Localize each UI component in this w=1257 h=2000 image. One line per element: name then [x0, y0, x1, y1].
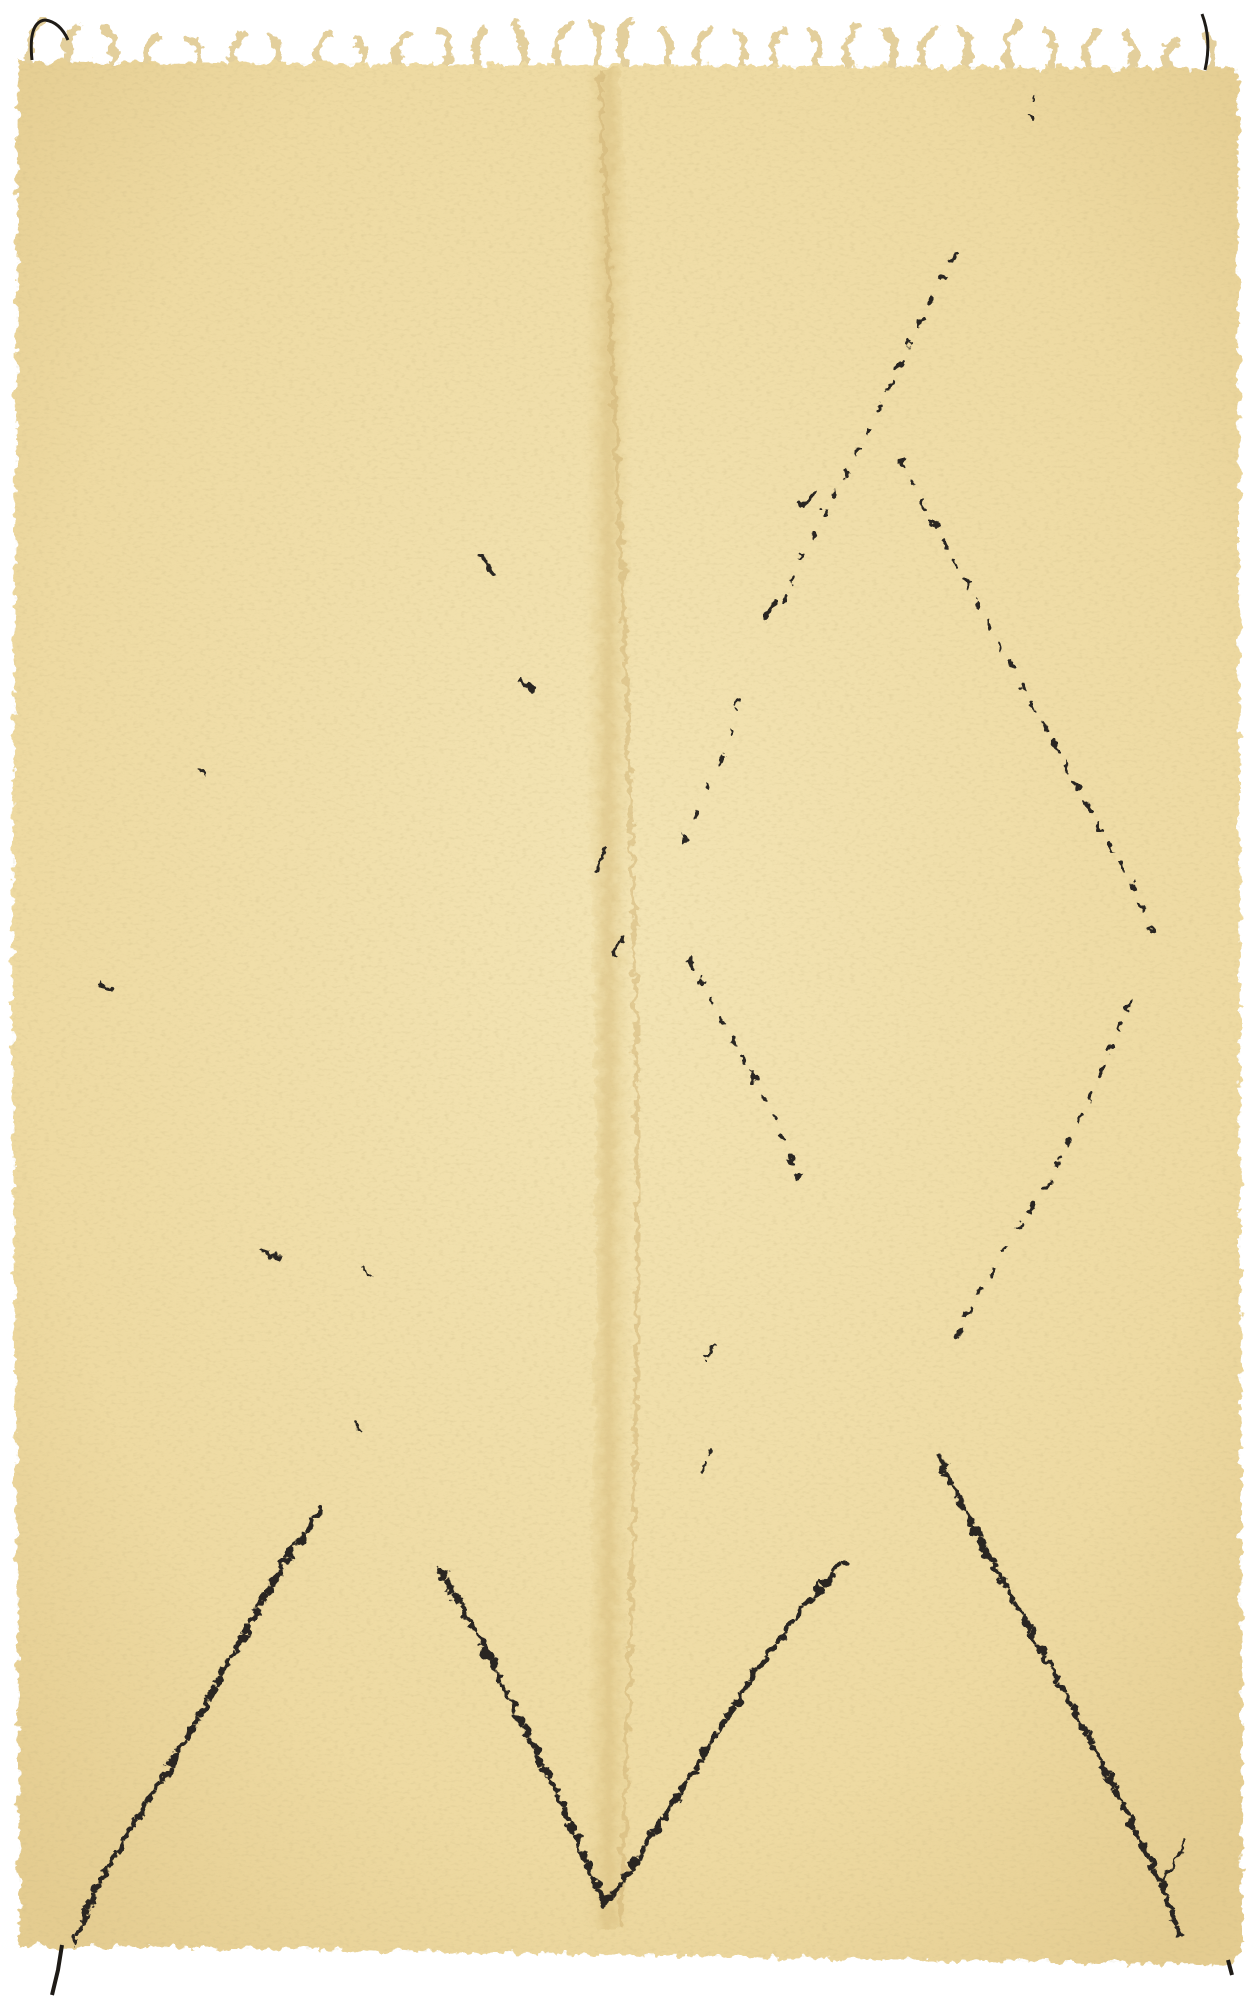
bottom-left-tassel [52, 1945, 62, 1995]
top-right-dark-tassel [1202, 14, 1208, 70]
rug-photo: Cream wool shag rug with black lattice l… [0, 0, 1257, 2000]
top-fringe-dark-tassel [31, 20, 68, 60]
rug-illustration [0, 0, 1257, 2000]
